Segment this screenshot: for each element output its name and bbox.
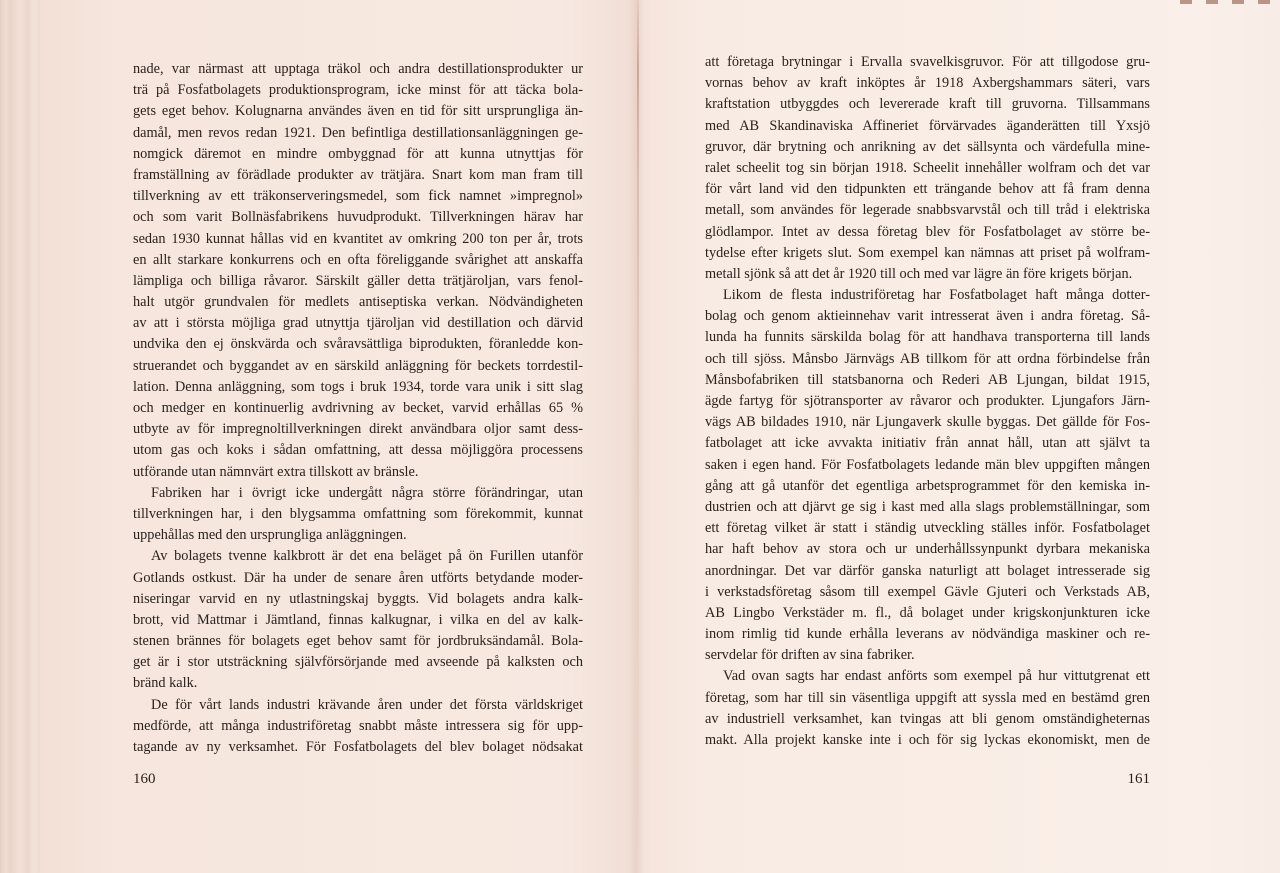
text-line: fatbolaget att icke avvakta initiativ fr… <box>705 433 1150 454</box>
text-line: vägs AB bildades 1910, när Ljungaverk sk… <box>705 412 1150 433</box>
book-gutter <box>637 0 639 873</box>
text-line: trä på Fosfatbolagets produktionsprogram… <box>133 80 583 101</box>
text-line: nade, var närmast att upptaga träkol och… <box>133 59 583 80</box>
text-line: och medger en kontinuerlig avdrivning av… <box>133 398 583 419</box>
text-line: inom rimlig tid kunde erhålla leverans a… <box>705 624 1150 645</box>
text-line: nomgick däremot en mindre ombyggnad för … <box>133 144 583 165</box>
text-line: uppehållas med den ursprungliga anläggni… <box>133 525 583 546</box>
text-line: och till sjöss. Månsbo Järnvägs AB tillk… <box>705 349 1150 370</box>
text-line: saken i egen hand. För Fosfatbolagets le… <box>705 455 1150 476</box>
text-line: get är i stor utsträckning självförsörja… <box>133 652 583 673</box>
text-line: tillverkning av ett träkonserveringsmede… <box>133 186 583 207</box>
right-page: att företaga brytningar i Ervalla svavel… <box>705 0 1150 873</box>
text-line: företag, som har till sin väsentliga upp… <box>705 688 1150 709</box>
text-line: niseringar varvid en ny utlastningskaj b… <box>133 589 583 610</box>
text-line: undvika den ej önskvärda och svåravsättl… <box>133 334 583 355</box>
left-page: nade, var närmast att upptaga träkol och… <box>133 0 583 873</box>
text-line: lation. Denna anläggning, som togs i bru… <box>133 377 583 398</box>
text-line: stenen brännes för bolagets eget behov s… <box>133 631 583 652</box>
book-spread: nade, var närmast att upptaga träkol och… <box>0 0 1280 873</box>
text-line: för vårt land vid den tidpunkten ett trä… <box>705 179 1150 200</box>
text-line: glödlampor. Intet av dessa företag blev … <box>705 222 1150 243</box>
text-line: lunda ha funnits särskilda bolag för att… <box>705 327 1150 348</box>
text-line: De för vårt lands industri krävande åren… <box>133 695 583 716</box>
text-line: halt utgör grundvalen för medlets antise… <box>133 292 583 313</box>
text-line: metall, som användes för legerade snabbs… <box>705 200 1150 221</box>
text-line: ägde fartyg för sjötransporter av råvaro… <box>705 391 1150 412</box>
text-line: medförde, att många industriföretag snab… <box>133 716 583 737</box>
page-top-edge <box>1180 0 1280 4</box>
text-line: utbyte av för impregnoltillverkningen di… <box>133 419 583 440</box>
left-page-body-text: nade, var närmast att upptaga träkol och… <box>133 59 583 758</box>
text-line: tagande av ny verksamhet. För Fosfatbola… <box>133 737 583 758</box>
text-line: och som varit Bollnäsfabrikens huvudprod… <box>133 207 583 228</box>
text-line: anordningar. Det var därför ganska natur… <box>705 561 1150 582</box>
text-line: framställning av förädlade produkter av … <box>133 165 583 186</box>
text-line: en allt starkare konkurrens och en ofta … <box>133 250 583 271</box>
text-line: med AB Skandinaviska Affineriet förvärva… <box>705 116 1150 137</box>
text-line: gets eget behov. Kolugnarna användes äve… <box>133 101 583 122</box>
text-line: Av bolagets tvenne kalkbrott är det ena … <box>133 546 583 567</box>
right-page-body-text: att företaga brytningar i Ervalla svavel… <box>705 52 1150 751</box>
text-line: har haft behov av stora och ur underhåll… <box>705 539 1150 560</box>
text-line: Vad ovan sagts har endast anförts som ex… <box>705 666 1150 687</box>
text-line: sedan 1930 kunnat hållas vid en kvantite… <box>133 229 583 250</box>
text-line: bolag och genom aktieinnehav varit intre… <box>705 306 1150 327</box>
text-line: bränd kalk. <box>133 673 583 694</box>
text-line: tillverkningen har, i den blygsamma omfa… <box>133 504 583 525</box>
page-number-right: 161 <box>1128 771 1151 788</box>
text-line: gruvor, där brytning och anrikning av de… <box>705 137 1150 158</box>
text-line: Fabriken har i övrigt icke undergått någ… <box>133 483 583 504</box>
text-line: ralet scheelit tog sin början 1918. Sche… <box>705 158 1150 179</box>
text-line: dustrien och att djärvt ge sig i kast me… <box>705 497 1150 518</box>
text-line: makt. Alla projekt kanske inte i och för… <box>705 730 1150 751</box>
text-line: ett företag vilket är statt i ständig ut… <box>705 518 1150 539</box>
text-line: av att i största möjliga grad utnyttja t… <box>133 313 583 334</box>
text-line: att företaga brytningar i Ervalla svavel… <box>705 52 1150 73</box>
text-line: lämpliga och billiga råvaror. Särskilt g… <box>133 271 583 292</box>
text-line: utom gas och koks i sådan omfattning, at… <box>133 440 583 461</box>
text-line: damål, men revos redan 1921. Den befintl… <box>133 123 583 144</box>
page-stack-edge <box>0 0 40 873</box>
text-line: vornas behov av kraft inköptes år 1918 A… <box>705 73 1150 94</box>
text-line: av industriell verksamhet, kan tvingas a… <box>705 709 1150 730</box>
text-line: Månsbofabriken till statsbanorna och Red… <box>705 370 1150 391</box>
text-line: Likom de flesta industriföretag har Fosf… <box>705 285 1150 306</box>
text-line: i verkstadsföretag såsom till exempel Gä… <box>705 582 1150 603</box>
text-line: servdelar för driften av sina fabriker. <box>705 645 1150 666</box>
text-line: AB Lingbo Verkstäder m. fl., då bolaget … <box>705 603 1150 624</box>
text-line: brott, vid Mattmar i Jämtland, finnas ka… <box>133 610 583 631</box>
text-line: struerandet och byggandet av en särskild… <box>133 356 583 377</box>
text-line: gång att gå utanför det egentliga arbets… <box>705 476 1150 497</box>
text-line: utförande utan nämnvärt extra tillskott … <box>133 462 583 483</box>
text-line: Gotlands ostkust. Där ha under de senare… <box>133 568 583 589</box>
page-number-left: 160 <box>133 771 156 788</box>
text-line: kraftstation utbyggdes och levererade kr… <box>705 94 1150 115</box>
text-line: metall sjönk så att det år 1920 till och… <box>705 264 1150 285</box>
text-line: tydelse efter krigets slut. Som exempel … <box>705 243 1150 264</box>
